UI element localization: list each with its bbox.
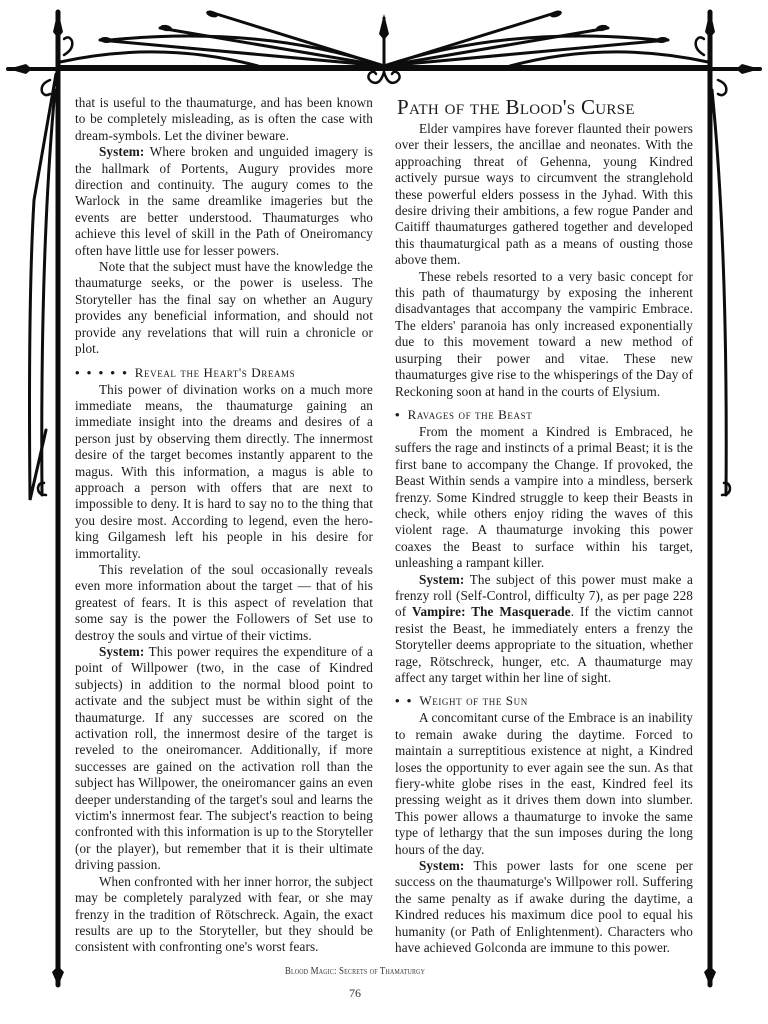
level-dots: • • [395,693,413,708]
level-dots: • [395,407,402,422]
paragraph: that is useful to the thaumaturge, and h… [75,95,373,144]
paragraph: These rebels resorted to a very basic co… [395,269,693,400]
system-paragraph: System: The subject of this power must m… [395,572,693,687]
power-title: Weight of the Sun [419,693,527,708]
page-number: 76 [230,986,480,1001]
power-title: Reveal the Heart's Dreams [135,365,296,380]
system-paragraph: System: This power lasts for one scene p… [395,858,693,956]
paragraph: Elder vampires have forever flaunted the… [395,121,693,269]
footer-book-title: Blood Magic: Secrets of Thamaturgy [249,966,462,977]
paragraph: This revelation of the soul occasionally… [75,562,373,644]
system-paragraph: System: This power requires the expendit… [75,644,373,874]
book-reference: Vampire: The Masquerade [412,604,571,619]
system-label: System: [99,644,144,659]
level-dots: • • • • • [75,365,129,380]
power-heading: •Ravages of the Beast [395,406,693,424]
system-label: System: [419,572,464,587]
power-heading: • • • • •Reveal the Heart's Dreams [75,364,373,382]
paragraph: From the moment a Kindred is Embraced, h… [395,424,693,572]
left-column: that is useful to the thaumaturge, and h… [75,95,373,956]
system-label: System: [99,144,144,159]
system-label: System: [419,858,464,873]
paragraph: Note that the subject must have the know… [75,259,373,357]
right-column: Path of the Blood's Curse Elder vampires… [395,95,693,957]
paragraph: This power of divination works on a much… [75,382,373,562]
path-title: Path of the Blood's Curse [397,95,693,119]
paragraph: When confronted with her inner horror, t… [75,874,373,956]
power-title: Ravages of the Beast [408,407,533,422]
paragraph: A concomitant curse of the Embrace is an… [395,710,693,858]
power-heading: • •Weight of the Sun [395,692,693,710]
system-paragraph: System: Where broken and unguided imager… [75,144,373,259]
